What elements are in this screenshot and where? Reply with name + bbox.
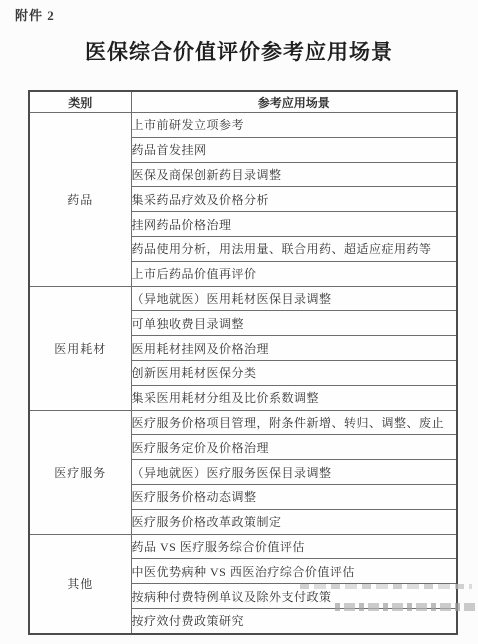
scenario-cell: （异地就医）医用耗材医保目录调整 — [131, 286, 457, 311]
scenario-cell: 创新医用耗材医保分类 — [131, 360, 457, 385]
scenario-cell: 医保及商保创新药目录调整 — [131, 162, 457, 187]
scenario-cell: 上市前研发立项参考 — [131, 113, 457, 138]
scenario-cell: 药品首发挂网 — [131, 137, 457, 162]
category-cell: 药品 — [29, 113, 131, 287]
table-row: 药品上市前研发立项参考 — [29, 113, 457, 138]
scenario-cell: 医疗服务价格项目管理，附条件新增、转归、调整、废止 — [131, 410, 457, 435]
scenario-cell: 上市后药品价值再评价 — [131, 261, 457, 286]
scenario-cell: （异地就医）医疗服务医保目录调整 — [131, 460, 457, 485]
column-header-category: 类别 — [29, 91, 131, 113]
table-row: 医用耗材（异地就医）医用耗材医保目录调整 — [29, 286, 457, 311]
scenario-cell: 集采药品疗效及价格分析 — [131, 187, 457, 212]
scenario-cell: 集采医用耗材分组及比价系数调整 — [131, 385, 457, 410]
scenario-cell: 挂网药品价格治理 — [131, 212, 457, 237]
scenario-cell: 医疗服务价格改革政策制定 — [131, 509, 457, 534]
category-cell: 医用耗材 — [29, 286, 131, 410]
scenario-cell: 可单独收费目录调整 — [131, 311, 457, 336]
category-cell: 医疗服务 — [29, 410, 131, 534]
scenario-cell: 按疗效付费政策研究 — [131, 608, 457, 633]
column-header-scenario: 参考应用场景 — [131, 91, 457, 113]
scenario-cell: 中医优势病种 VS 西医治疗综合价值评估 — [131, 559, 457, 584]
scenario-cell: 医用耗材挂网及价格治理 — [131, 336, 457, 361]
table-row: 医疗服务医疗服务价格项目管理，附条件新增、转归、调整、废止 — [29, 410, 457, 435]
scenario-cell: 医疗服务定价及价格治理 — [131, 435, 457, 460]
document-page: { "page": { "attachment_label": "附件 2", … — [0, 0, 478, 644]
scenario-cell: 医疗服务价格动态调整 — [131, 484, 457, 509]
page-title: 医保综合价值评价参考应用场景 — [0, 36, 478, 66]
attachment-label: 附件 2 — [15, 5, 55, 24]
scenario-cell: 药品 VS 医疗服务综合价值评估 — [131, 534, 457, 559]
scenario-cell: 药品使用分析，用法用量、联合用药、超适应症用药等 — [131, 236, 457, 261]
scenario-cell: 按病种付费特例单议及除外支付政策 — [131, 584, 457, 609]
table-header-row: 类别 参考应用场景 — [29, 91, 457, 113]
category-cell: 其他 — [29, 534, 131, 634]
table-row: 其他药品 VS 医疗服务综合价值评估 — [29, 534, 457, 559]
scenarios-table: 类别 参考应用场景 药品上市前研发立项参考药品首发挂网医保及商保创新药目录调整集… — [28, 90, 458, 635]
